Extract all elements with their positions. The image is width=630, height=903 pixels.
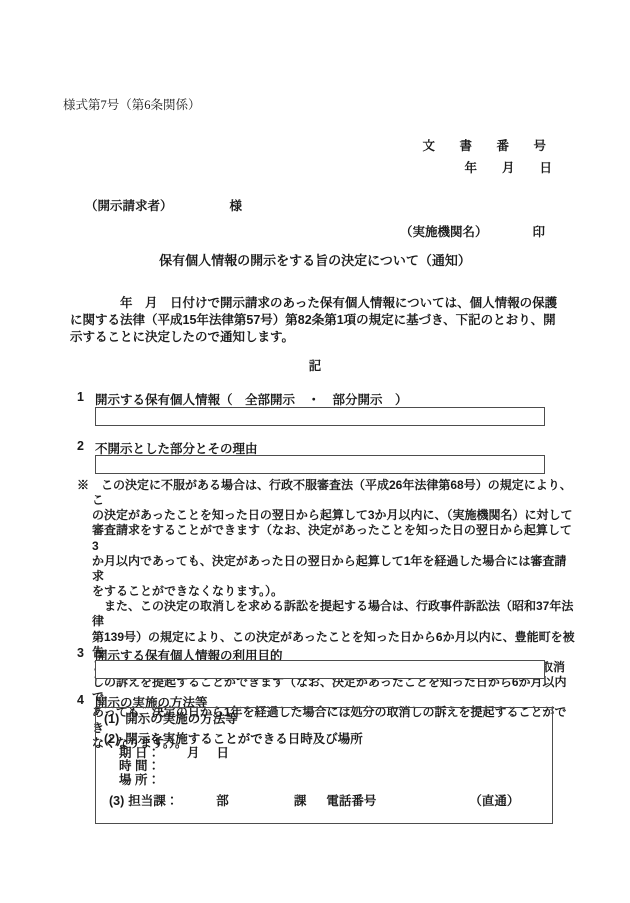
method-item-1: (1) 開示の実施の方法等 — [104, 713, 552, 726]
method-item-1-number: (1) — [104, 713, 119, 726]
form-number: 様式第7号（第6条関係） — [63, 95, 201, 113]
section-2-number: 2 — [77, 439, 95, 457]
document-title: 保有個人情報の開示をする旨の決定について（通知） — [0, 250, 630, 269]
department-label: 部 — [216, 795, 229, 808]
section-2-answer-box — [95, 455, 545, 474]
method-item-2-label: 開示を実施することができる日時及び場所 — [125, 733, 363, 746]
section-1-number: 1 — [77, 390, 95, 408]
section-label: 課 — [294, 795, 307, 808]
issuer-name: （実施機関名） — [400, 225, 488, 239]
place-label: 場 所： — [119, 774, 160, 787]
direct-line-label: （直通） — [469, 795, 519, 808]
method-item-2-number: (2) — [104, 733, 119, 746]
contact-division-label: 担当課： — [128, 795, 178, 808]
seal-mark: 印 — [533, 225, 546, 239]
addressee-honorific: 様 — [230, 199, 243, 213]
method-item-3-number: (3) — [109, 795, 124, 808]
method-item-2: (2) 開示を実施することができる日時及び場所 — [104, 733, 552, 746]
section-1-label: 開示する保有個人情報（ 全部開示 ・ 部分開示 ） — [95, 390, 408, 408]
addressee-name: （開示請求者） — [85, 199, 173, 213]
section-1-heading: 1 開示する保有個人情報（ 全部開示 ・ 部分開示 ） — [77, 390, 408, 408]
implementation-method-box: (1) 開示の実施の方法等 (2) 開示を実施することができる日時及び場所 期 … — [95, 707, 553, 824]
date-label: 期 日： — [119, 747, 160, 760]
addressee-line: （開示請求者）様 — [85, 196, 242, 214]
date-line: 年 月 日 — [422, 157, 552, 179]
document-number-label: 文 書 番 号 — [422, 135, 552, 157]
date-month-label: 月 — [187, 747, 200, 760]
date-day-label: 日 — [217, 747, 230, 760]
method-item-1-label: 開示の実施の方法等 — [125, 713, 238, 726]
section-3-answer-box — [95, 660, 545, 679]
date-row: 期 日： 月 日 — [104, 747, 552, 760]
section-4-number: 4 — [77, 693, 95, 711]
record-mark: 記 — [0, 356, 630, 374]
phone-number-label: 電話番号 — [326, 795, 376, 808]
method-item-3: (3) 担当課： 部 課 電話番号 （直通） — [104, 795, 552, 808]
issuer-line: （実施機関名）印 — [400, 222, 545, 240]
section-3-number: 3 — [77, 646, 95, 664]
body-paragraph: 年 月 日付けで開示請求のあった保有個人情報については、個人情報の保護に関する法… — [70, 295, 562, 345]
document-number-block: 文 書 番 号 年 月 日 — [422, 135, 552, 179]
notice-document-page: 様式第7号（第6条関係） 文 書 番 号 年 月 日 （開示請求者）様 （実施機… — [0, 0, 630, 903]
section-1-answer-box — [95, 407, 545, 426]
time-label: 時 間： — [119, 760, 160, 773]
place-row: 場 所： — [104, 774, 552, 787]
time-row: 時 間： — [104, 760, 552, 773]
